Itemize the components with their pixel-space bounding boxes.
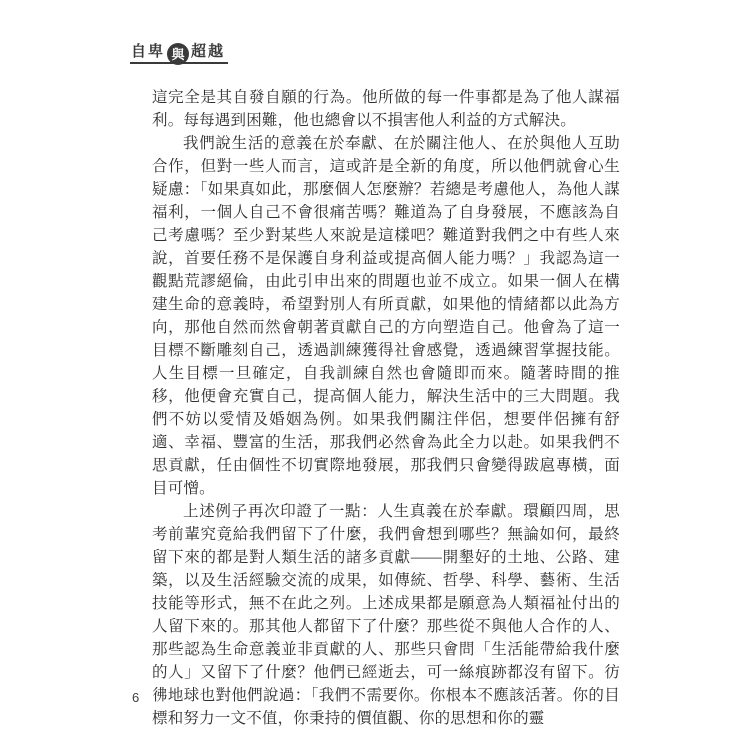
paragraph-continuation: 這完全是其自發自願的行為。他所做的每一件事都是為了他人謀福利。每每遇到困難，他也…	[152, 86, 620, 132]
logo-text-left: 自卑	[131, 44, 165, 59]
logo-circle-char: 與	[172, 44, 185, 63]
logo-circle-badge: 與	[167, 43, 189, 65]
logo-text-right: 超越	[191, 44, 225, 59]
paragraph: 上述例子再次印證了一點：人生真義在於奉獻。環顧四周，思考前輩究竟給我們留下了什麼…	[152, 500, 620, 730]
paragraph: 我們說生活的意義在於奉獻、在於關注他人、在於與他人互助合作，但對一些人而言，這或…	[152, 132, 620, 500]
book-title-logo: 自卑 與 超越	[130, 44, 228, 64]
page-body-text: 這完全是其自發自願的行為。他所做的每一件事都是為了他人謀福利。每每遇到困難，他也…	[152, 86, 620, 730]
page-number: 6	[132, 690, 139, 705]
book-page: 自卑 與 超越 這完全是其自發自願的行為。他所做的每一件事都是為了他人謀福利。每…	[0, 0, 750, 750]
